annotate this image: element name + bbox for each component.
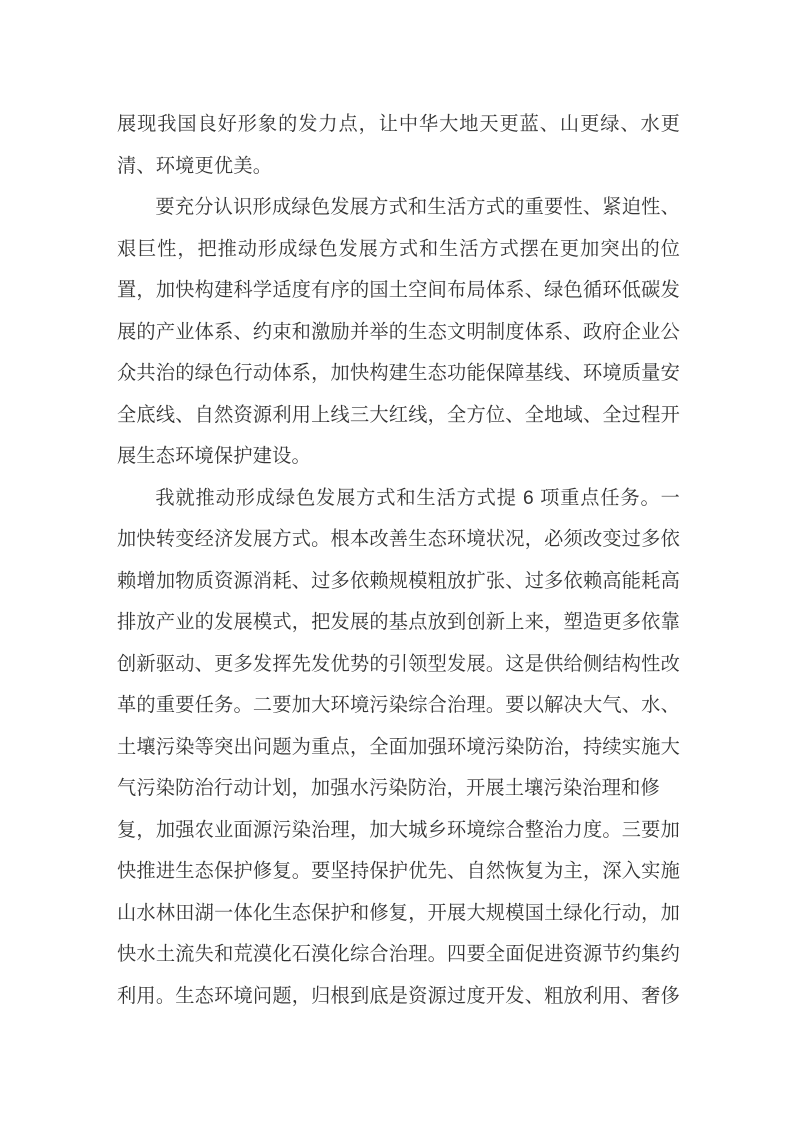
paragraph: 要充分认识形成绿色发展方式和生活方式的重要性、紧迫性、艰巨性，把推动形成绿色发展… — [117, 187, 680, 478]
document-page: 展现我国良好形象的发力点，让中华大地天更蓝、山更绿、水更清、环境更优美。要充分认… — [0, 0, 800, 1130]
text-line: 展的产业体系、约束和激励并举的生态文明制度体系、政府企业公 — [117, 312, 680, 354]
text-line: 山水林田湖一体化生态保护和修复，开展大规模国土绿化行动，加 — [117, 893, 680, 935]
text-line: 赖增加物质资源消耗、过多依赖规模粗放扩张、过多依赖高能耗高 — [117, 561, 680, 603]
text-line: 复，加强农业面源污染治理，加大城乡环境综合整治力度。三要加 — [117, 810, 680, 852]
text-line: 全底线、自然资源利用上线三大红线，全方位、全地域、全过程开 — [117, 395, 680, 437]
text-line: 土壤污染等突出问题为重点，全面加强环境污染防治，持续实施大 — [117, 727, 680, 769]
text-line: 快推进生态保护修复。要坚持保护优先、自然恢复为主，深入实施 — [117, 851, 680, 893]
text-line: 革的重要任务。二要加大环境污染综合治理。要以解决大气、水、 — [117, 685, 680, 727]
text-line: 气污染防治行动计划，加强水污染防治，开展土壤污染治理和修 — [117, 768, 680, 810]
text-line: 利用。生态环境问题，归根到底是资源过度开发、粗放利用、奢侈 — [117, 976, 680, 1018]
paragraph: 展现我国良好形象的发力点，让中华大地天更蓝、山更绿、水更清、环境更优美。 — [117, 104, 680, 187]
text-line: 快水土流失和荒漠化石漠化综合治理。四要全面促进资源节约集约 — [117, 934, 680, 976]
text-line: 排放产业的发展模式，把发展的基点放到创新上来，塑造更多依靠 — [117, 602, 680, 644]
paragraph: 我就推动形成绿色发展方式和生活方式提 6 项重点任务。一要加快转变经济发展方式。… — [117, 478, 680, 1018]
text-line: 创新驱动、更多发挥先发优势的引领型发展。这是供给侧结构性改 — [117, 644, 680, 686]
text-line: 置，加快构建科学适度有序的国土空间布局体系、绿色循环低碳发 — [117, 270, 680, 312]
text-line: 加快转变经济发展方式。根本改善生态环境状况，必须改变过多依 — [117, 519, 680, 561]
text-line: 众共治的绿色行动体系，加快构建生态功能保障基线、环境质量安 — [117, 353, 680, 395]
text-line: 我就推动形成绿色发展方式和生活方式提 6 项重点任务。一要 — [117, 478, 680, 520]
text-body: 展现我国良好形象的发力点，让中华大地天更蓝、山更绿、水更清、环境更优美。要充分认… — [117, 104, 680, 1017]
text-line: 艰巨性，把推动形成绿色发展方式和生活方式摆在更加突出的位 — [117, 229, 680, 271]
text-line: 要充分认识形成绿色发展方式和生活方式的重要性、紧迫性、 — [117, 187, 680, 229]
text-line: 清、环境更优美。 — [117, 146, 680, 188]
text-line: 展现我国良好形象的发力点，让中华大地天更蓝、山更绿、水更 — [117, 104, 680, 146]
text-line: 展生态环境保护建设。 — [117, 436, 680, 478]
